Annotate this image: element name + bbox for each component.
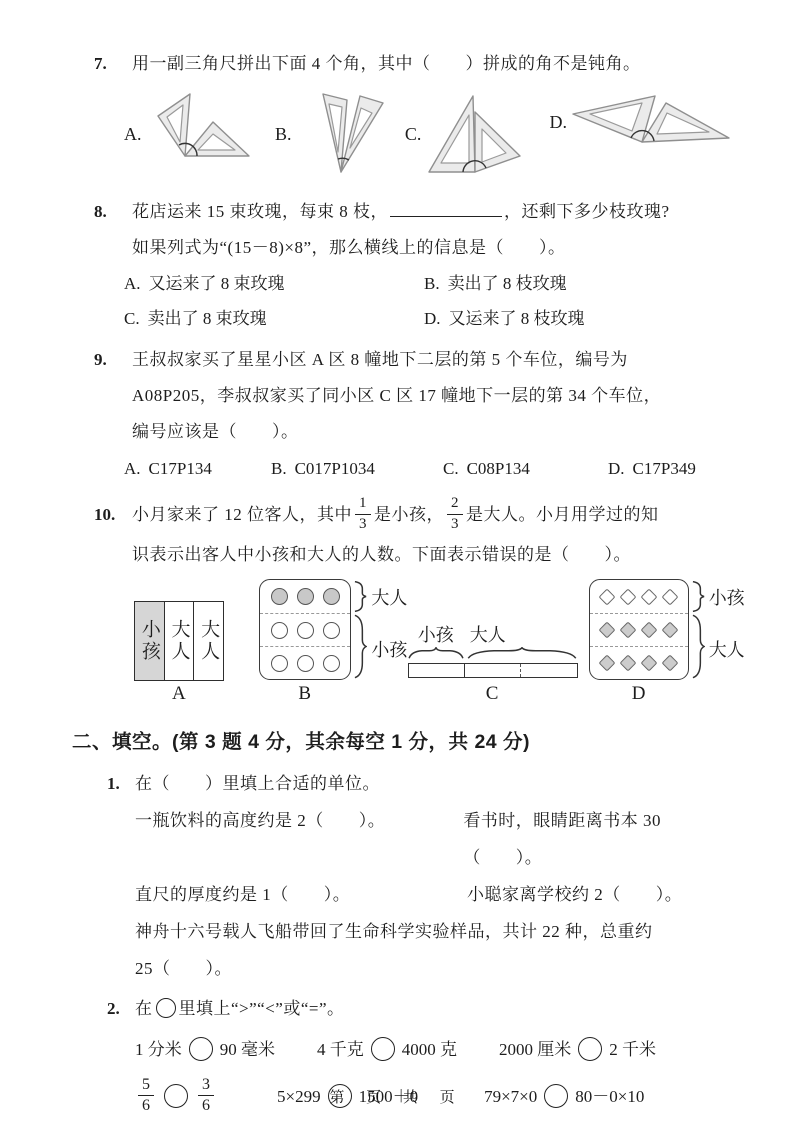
option-a-text: C17P134	[149, 459, 212, 478]
diagram-d-adult-label: 大人	[709, 636, 745, 662]
option-c-text: C08P134	[467, 459, 530, 478]
unit-blank-ruler: 直尺的厚度约是 1（ ）。	[135, 876, 467, 913]
fraction-one-third: 13	[355, 495, 371, 533]
question-9-options: A.C17P134 B.C017P1034 C.C08P134 D.C17P34…	[124, 450, 737, 487]
question-10-line1: 10. 小月家来了 12 位客人，其中13是小孩，23是大人。小月用学过的知	[94, 493, 737, 537]
blank-line	[390, 203, 502, 217]
option-b-label: B.	[271, 459, 287, 478]
option-b-text: 卖出了 8 枝玫瑰	[448, 274, 567, 293]
fill-question-1-row2: 直尺的厚度约是 1（ ）。 小聪家离学校约 2（ ）。	[135, 876, 737, 913]
option-c-label: C.	[443, 459, 459, 478]
diagram-d-row2	[590, 613, 688, 646]
diagram-d-letter: D	[632, 683, 646, 705]
brace-up-icon	[408, 647, 464, 659]
cell-label: 小孩	[136, 619, 163, 663]
compare-left: 2000 厘米	[499, 1040, 571, 1059]
question-10-diagrams: 小孩 大人 大人 A	[134, 579, 737, 713]
circle-icon	[323, 622, 340, 639]
diagram-c-bar	[408, 663, 578, 678]
question-7-line: 7. 用一副三角尺拼出下面 4 个角，其中（ ）拼成的角不是钝角。	[94, 46, 737, 82]
option-a-label: A.	[124, 124, 142, 145]
option-c: C.C08P134	[443, 450, 608, 487]
question-7-options: A. B.	[124, 90, 737, 186]
cell-label: 大人	[195, 619, 222, 663]
question-8-line2: 如果列式为“(15－8)×8”，那么横线上的信息是（ ）。	[94, 230, 737, 266]
option-b-label: B.	[424, 274, 440, 293]
question-8-text1-after: ，还剩下多少枝玫瑰?	[504, 202, 670, 221]
fraction-two-thirds: 23	[447, 495, 463, 533]
diagram-a-grid: 小孩 大人 大人	[134, 601, 224, 681]
question-9-text2: A08P205，李叔叔家买了同小区 C 区 17 幢地下一层的第 34 个车位，	[132, 378, 737, 414]
diagram-b-row1	[260, 580, 350, 613]
diagram-a: 小孩 大人 大人 A	[134, 579, 259, 713]
diagram-b: 大人 小孩 B	[259, 579, 407, 713]
compare-circle-icon	[156, 998, 176, 1018]
compare-circle-icon	[371, 1037, 395, 1061]
question-10-number: 10.	[94, 493, 132, 537]
option-c: C.卖出了 8 束玫瑰	[124, 301, 424, 336]
fill-question-1-number: 1.	[107, 765, 135, 802]
unit-blank-spaceship-text: 神舟十六号载人飞船带回了生命科学实验样品，共计 22 种，总重约	[135, 913, 653, 950]
diagram-c-adult-label: 大人	[470, 621, 506, 647]
question-9-line3: 编号应该是（ ）。	[94, 414, 737, 450]
compare-right: 2 千米	[609, 1040, 656, 1059]
unit-blank-spaceship-weight: 25（ ）。	[135, 950, 232, 987]
question-7: 7. 用一副三角尺拼出下面 4 个角，其中（ ）拼成的角不是钝角。 A. B.	[94, 46, 737, 186]
brace-icon	[354, 581, 367, 612]
option-d: D.又运来了 8 枝玫瑰	[424, 301, 585, 336]
diamond-shaded-icon	[620, 655, 637, 672]
question-10-t3: 是大人。小月用学过的知	[466, 505, 659, 524]
compare-row-1: 1 分米90 毫米 4 千克4000 克 2000 厘米2 千米	[135, 1029, 737, 1071]
circle-icon	[297, 622, 314, 639]
triangle-ruler-pair-c-icon	[423, 90, 530, 178]
diamond-shaded-icon	[641, 622, 658, 639]
diamond-shaded-icon	[620, 622, 637, 639]
question-7-text: 用一副三角尺拼出下面 4 个角，其中（ ）拼成的角不是钝角。	[132, 46, 737, 82]
page-content: 7. 用一副三角尺拼出下面 4 个角，其中（ ）拼成的角不是钝角。 A. B.	[0, 0, 793, 1121]
circle-icon	[297, 655, 314, 672]
compare-item: 1 分米90 毫米	[135, 1030, 275, 1070]
diagram-c-child-label: 小孩	[418, 621, 454, 647]
option-a-label: A.	[124, 459, 141, 478]
option-b: B.C017P1034	[271, 450, 443, 487]
question-10-t1: 小月家来了 12 位客人，其中	[132, 505, 352, 524]
page-footer: 第 页 共 页	[0, 1086, 793, 1107]
diamond-shaded-icon	[599, 622, 616, 639]
unit-blank-drink: 一瓶饮料的高度约是 2（ ）。	[135, 802, 463, 876]
diagram-a-letter: A	[172, 683, 186, 705]
cell-label: 大人	[166, 619, 193, 663]
option-b-label: B.	[275, 124, 292, 145]
question-8-text1: 花店运来 15 束玫瑰，每束 8 枝，，还剩下多少枝玫瑰?	[132, 194, 737, 230]
compare-circle-icon	[578, 1037, 602, 1061]
diagram-d-row3	[590, 646, 688, 679]
diamond-icon	[620, 588, 637, 605]
fill-question-1: 1. 在（ ）里填上合适的单位。 一瓶饮料的高度约是 2（ ）。 看书时，眼睛距…	[107, 765, 737, 987]
diagram-c: 小孩 大人 C	[408, 579, 589, 713]
option-d-label: D.	[424, 309, 441, 328]
fill-question-1-row3: 神舟十六号载人飞船带回了生命科学实验样品，共计 22 种，总重约	[135, 913, 737, 950]
question-9-number-spacer2	[94, 414, 132, 450]
question-9-text3: 编号应该是（ ）。	[132, 414, 737, 450]
option-c: C.	[405, 90, 550, 178]
diagram-b-row3	[260, 646, 350, 679]
unit-blank-book-distance: 看书时，眼睛距离书本 30（ ）。	[463, 802, 737, 876]
question-9-line2: A08P205，李叔叔家买了同小区 C 区 17 幢地下一层的第 34 个车位，	[94, 378, 737, 414]
diagram-a-cell-adult1: 大人	[164, 602, 194, 680]
question-9-line1: 9. 王叔叔家买了星星小区 A 区 8 幢地下二层的第 5 个车位，编号为	[94, 342, 737, 378]
question-10-t2: 是小孩，	[374, 505, 444, 524]
bar-segment	[409, 664, 465, 677]
section-2-title: 二、填空。(第 3 题 4 分，其余每空 1 分，共 24 分)	[72, 727, 737, 757]
question-8-text1-before: 花店运来 15 束玫瑰，每束 8 枝，	[132, 202, 388, 221]
diamond-icon	[599, 588, 616, 605]
diamond-icon	[662, 588, 679, 605]
question-8-number-spacer	[94, 230, 132, 266]
question-10-text1: 小月家来了 12 位客人，其中13是小孩，23是大人。小月用学过的知	[132, 493, 737, 537]
fraction-denominator: 3	[451, 515, 459, 533]
question-8-line1: 8. 花店运来 15 束玫瑰，每束 8 枝，，还剩下多少枝玫瑰?	[94, 194, 737, 230]
question-9-number-spacer	[94, 378, 132, 414]
bar-segment	[465, 664, 521, 677]
question-9-number: 9.	[94, 342, 132, 378]
option-d: D.	[550, 90, 738, 154]
brace-icon	[354, 614, 367, 679]
option-b-text: C017P1034	[295, 459, 375, 478]
option-a-text: 又运来了 8 束玫瑰	[149, 274, 285, 293]
option-d-text: 又运来了 8 枝玫瑰	[449, 309, 585, 328]
question-10-number-spacer	[94, 537, 132, 573]
circle-icon	[271, 622, 288, 639]
option-a: A.	[124, 90, 275, 178]
fill-question-2-intro: 2. 在里填上“>”“<”或“=”。	[107, 989, 737, 1029]
brace-up-icon	[466, 647, 578, 659]
question-9: 9. 王叔叔家买了星星小区 A 区 8 幢地下二层的第 5 个车位，编号为 A0…	[94, 342, 737, 487]
compare-left: 1 分米	[135, 1040, 182, 1059]
circle-icon	[271, 655, 288, 672]
option-a: A.C17P134	[124, 450, 271, 487]
question-10-line2: 识表示出客人中小孩和大人的人数。下面表示错误的是（ ）。	[94, 537, 737, 573]
diagram-d: 小孩 大人 D	[589, 579, 737, 713]
triangle-ruler-pair-a-icon	[144, 90, 256, 178]
option-c-label: C.	[405, 124, 422, 145]
diamond-icon	[641, 588, 658, 605]
option-d-label: D.	[608, 459, 625, 478]
compare-left: 4 千克	[317, 1040, 364, 1059]
circle-icon	[323, 655, 340, 672]
diagram-d-box	[589, 579, 689, 680]
option-a-label: A.	[124, 274, 141, 293]
fill-question-1-row4: 25（ ）。	[135, 950, 737, 987]
fraction-numerator: 2	[447, 495, 463, 514]
option-b: B.卖出了 8 枝玫瑰	[424, 266, 567, 301]
intro-before: 在	[135, 999, 153, 1018]
compare-circle-icon	[189, 1037, 213, 1061]
fraction-numerator: 1	[355, 495, 371, 514]
diamond-shaded-icon	[662, 655, 679, 672]
circle-shaded-icon	[323, 588, 340, 605]
diagram-b-row2	[260, 613, 350, 646]
option-d-text: C17P349	[633, 459, 696, 478]
diagram-a-cell-adult2: 大人	[193, 602, 223, 680]
compare-item: 4 千克4000 克	[317, 1030, 457, 1070]
diagram-d-row1	[590, 580, 688, 613]
question-8: 8. 花店运来 15 束玫瑰，每束 8 枝，，还剩下多少枝玫瑰? 如果列式为“(…	[94, 194, 737, 336]
compare-item: 2000 厘米2 千米	[499, 1030, 656, 1070]
diagram-a-cell-child: 小孩	[135, 602, 164, 680]
question-10-text2: 识表示出客人中小孩和大人的人数。下面表示错误的是（ ）。	[132, 537, 737, 573]
option-a: A.又运来了 8 束玫瑰	[124, 266, 424, 301]
fill-question-1-intro-text: 在（ ）里填上合适的单位。	[135, 765, 380, 802]
fill-question-2-number: 2.	[107, 989, 135, 1029]
option-d: D.C17P349	[608, 450, 696, 487]
diagram-c-letter: C	[486, 683, 499, 705]
diagram-b-letter: B	[298, 683, 311, 705]
question-8-text2: 如果列式为“(15－8)×8”，那么横线上的信息是（ ）。	[132, 230, 737, 266]
option-d-label: D.	[550, 112, 568, 133]
diamond-shaded-icon	[662, 622, 679, 639]
diagram-b-child-label: 小孩	[371, 636, 407, 662]
diamond-shaded-icon	[641, 655, 658, 672]
triangle-ruler-pair-d-icon	[569, 90, 737, 154]
fill-question-1-row1: 一瓶饮料的高度约是 2（ ）。 看书时，眼睛距离书本 30（ ）。	[135, 802, 737, 876]
question-8-options-row2: C.卖出了 8 束玫瑰 D.又运来了 8 枝玫瑰	[124, 301, 737, 336]
exam-page: 7. 用一副三角尺拼出下面 4 个角，其中（ ）拼成的角不是钝角。 A. B.	[0, 0, 793, 1121]
option-c-label: C.	[124, 309, 140, 328]
compare-right: 4000 克	[402, 1040, 457, 1059]
diagram-b-box	[259, 579, 351, 680]
question-8-number: 8.	[94, 194, 132, 230]
fill-question-2-intro-text: 在里填上“>”“<”或“=”。	[135, 989, 345, 1029]
fraction-denominator: 3	[359, 515, 367, 533]
unit-blank-school-distance: 小聪家离学校约 2（ ）。	[467, 876, 682, 913]
diamond-shaded-icon	[599, 655, 616, 672]
question-9-text1: 王叔叔家买了星星小区 A 区 8 幢地下二层的第 5 个车位，编号为	[132, 342, 737, 378]
circle-shaded-icon	[271, 588, 288, 605]
brace-icon	[692, 614, 705, 679]
question-8-options-row1: A.又运来了 8 束玫瑰 B.卖出了 8 枝玫瑰	[124, 266, 737, 301]
option-c-text: 卖出了 8 束玫瑰	[148, 309, 267, 328]
triangle-ruler-pair-b-icon	[294, 90, 390, 178]
bar-segment	[521, 664, 576, 677]
circle-shaded-icon	[297, 588, 314, 605]
option-b: B.	[275, 90, 405, 178]
question-10: 10. 小月家来了 12 位客人，其中13是小孩，23是大人。小月用学过的知 识…	[94, 493, 737, 713]
compare-right: 90 毫米	[220, 1040, 275, 1059]
diagram-b-adult-label: 大人	[371, 584, 407, 610]
question-7-number: 7.	[94, 46, 132, 82]
intro-after: 里填上“>”“<”或“=”。	[179, 999, 345, 1018]
brace-icon	[692, 581, 705, 612]
diagram-d-child-label: 小孩	[709, 584, 745, 610]
fill-question-1-intro: 1. 在（ ）里填上合适的单位。	[107, 765, 737, 802]
